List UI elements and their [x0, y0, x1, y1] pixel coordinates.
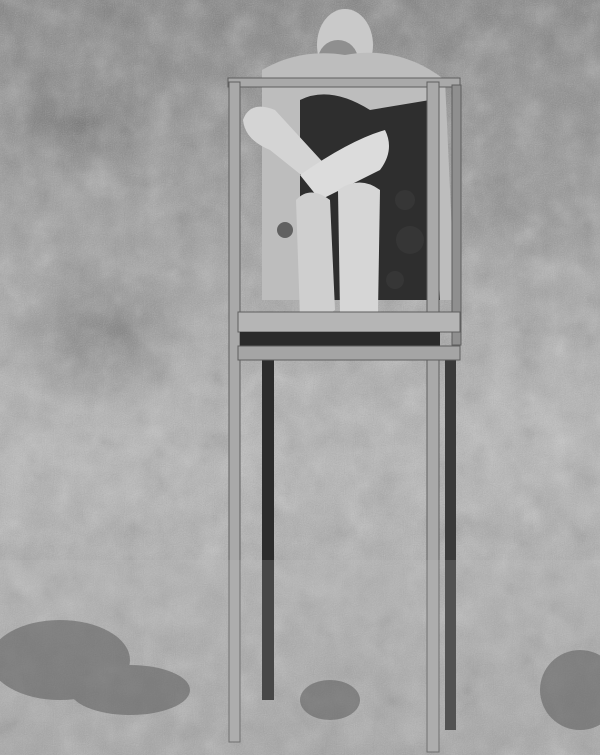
scene: [0, 0, 600, 755]
photograph: [0, 0, 600, 755]
foreground-grass: [0, 560, 600, 755]
